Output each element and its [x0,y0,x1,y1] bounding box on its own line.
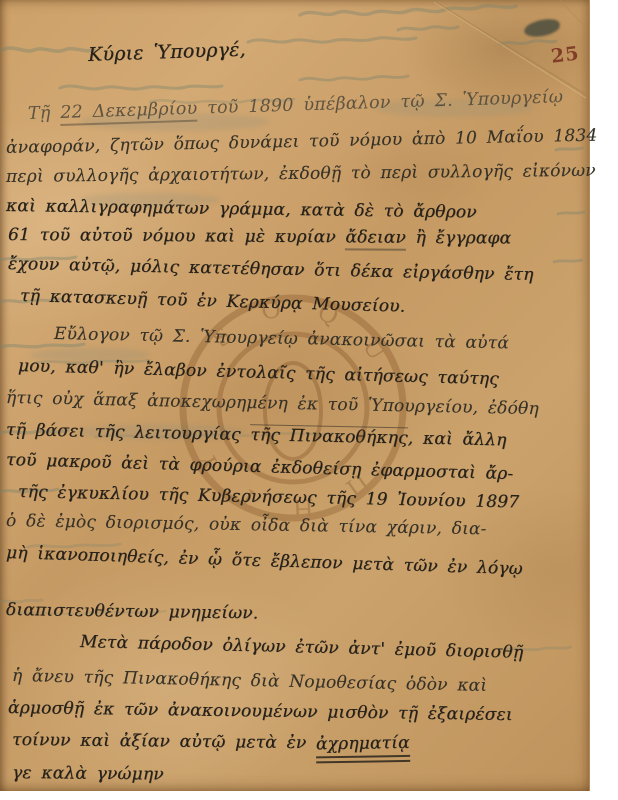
paper-sheet: S O Q U O Π Η Τ Υ Κύριε Ὑπουργέ, Τῇ 22 Δ… [0,0,590,791]
line-text: ἢ ἔγγραφα [406,228,511,249]
underlined-word: ἄδειαν [345,227,406,250]
folio-number-mark: 25 [550,42,581,67]
line-text: τοίνυν καὶ ἀξίαν αὐτῷ μετὰ ἐν [12,730,316,753]
underlined-date: 22 Δεκεμβρίου [60,99,198,126]
manuscript-line: 61 τοῦ αὐτοῦ νόμου καὶ μὲ κυρίαν ἄδειαν … [8,225,511,249]
line-text: , καὶ ἄλλη [408,428,507,450]
manuscript-line: γε καλὰ γνώμην [12,763,164,785]
manuscript-line: τοίνυν καὶ ἀξίαν αὐτῷ μετὰ ἐν ἀχρηματίᾳ [12,730,410,763]
manuscript-line: διαπιστευθέντων μνημείων. [6,600,259,624]
double-underlined-word: ἀχρηματίᾳ [316,733,410,763]
line-text: Τῇ [28,103,61,124]
overlined-word: τῆς Πινακοθήκης [250,424,408,448]
line-text: 61 τοῦ αὐτοῦ νόμου καὶ μὲ κυρίαν [8,225,346,247]
document-scan: S O Q U O Π Η Τ Υ Κύριε Ὑπουργέ, Τῇ 22 Δ… [0,0,618,800]
